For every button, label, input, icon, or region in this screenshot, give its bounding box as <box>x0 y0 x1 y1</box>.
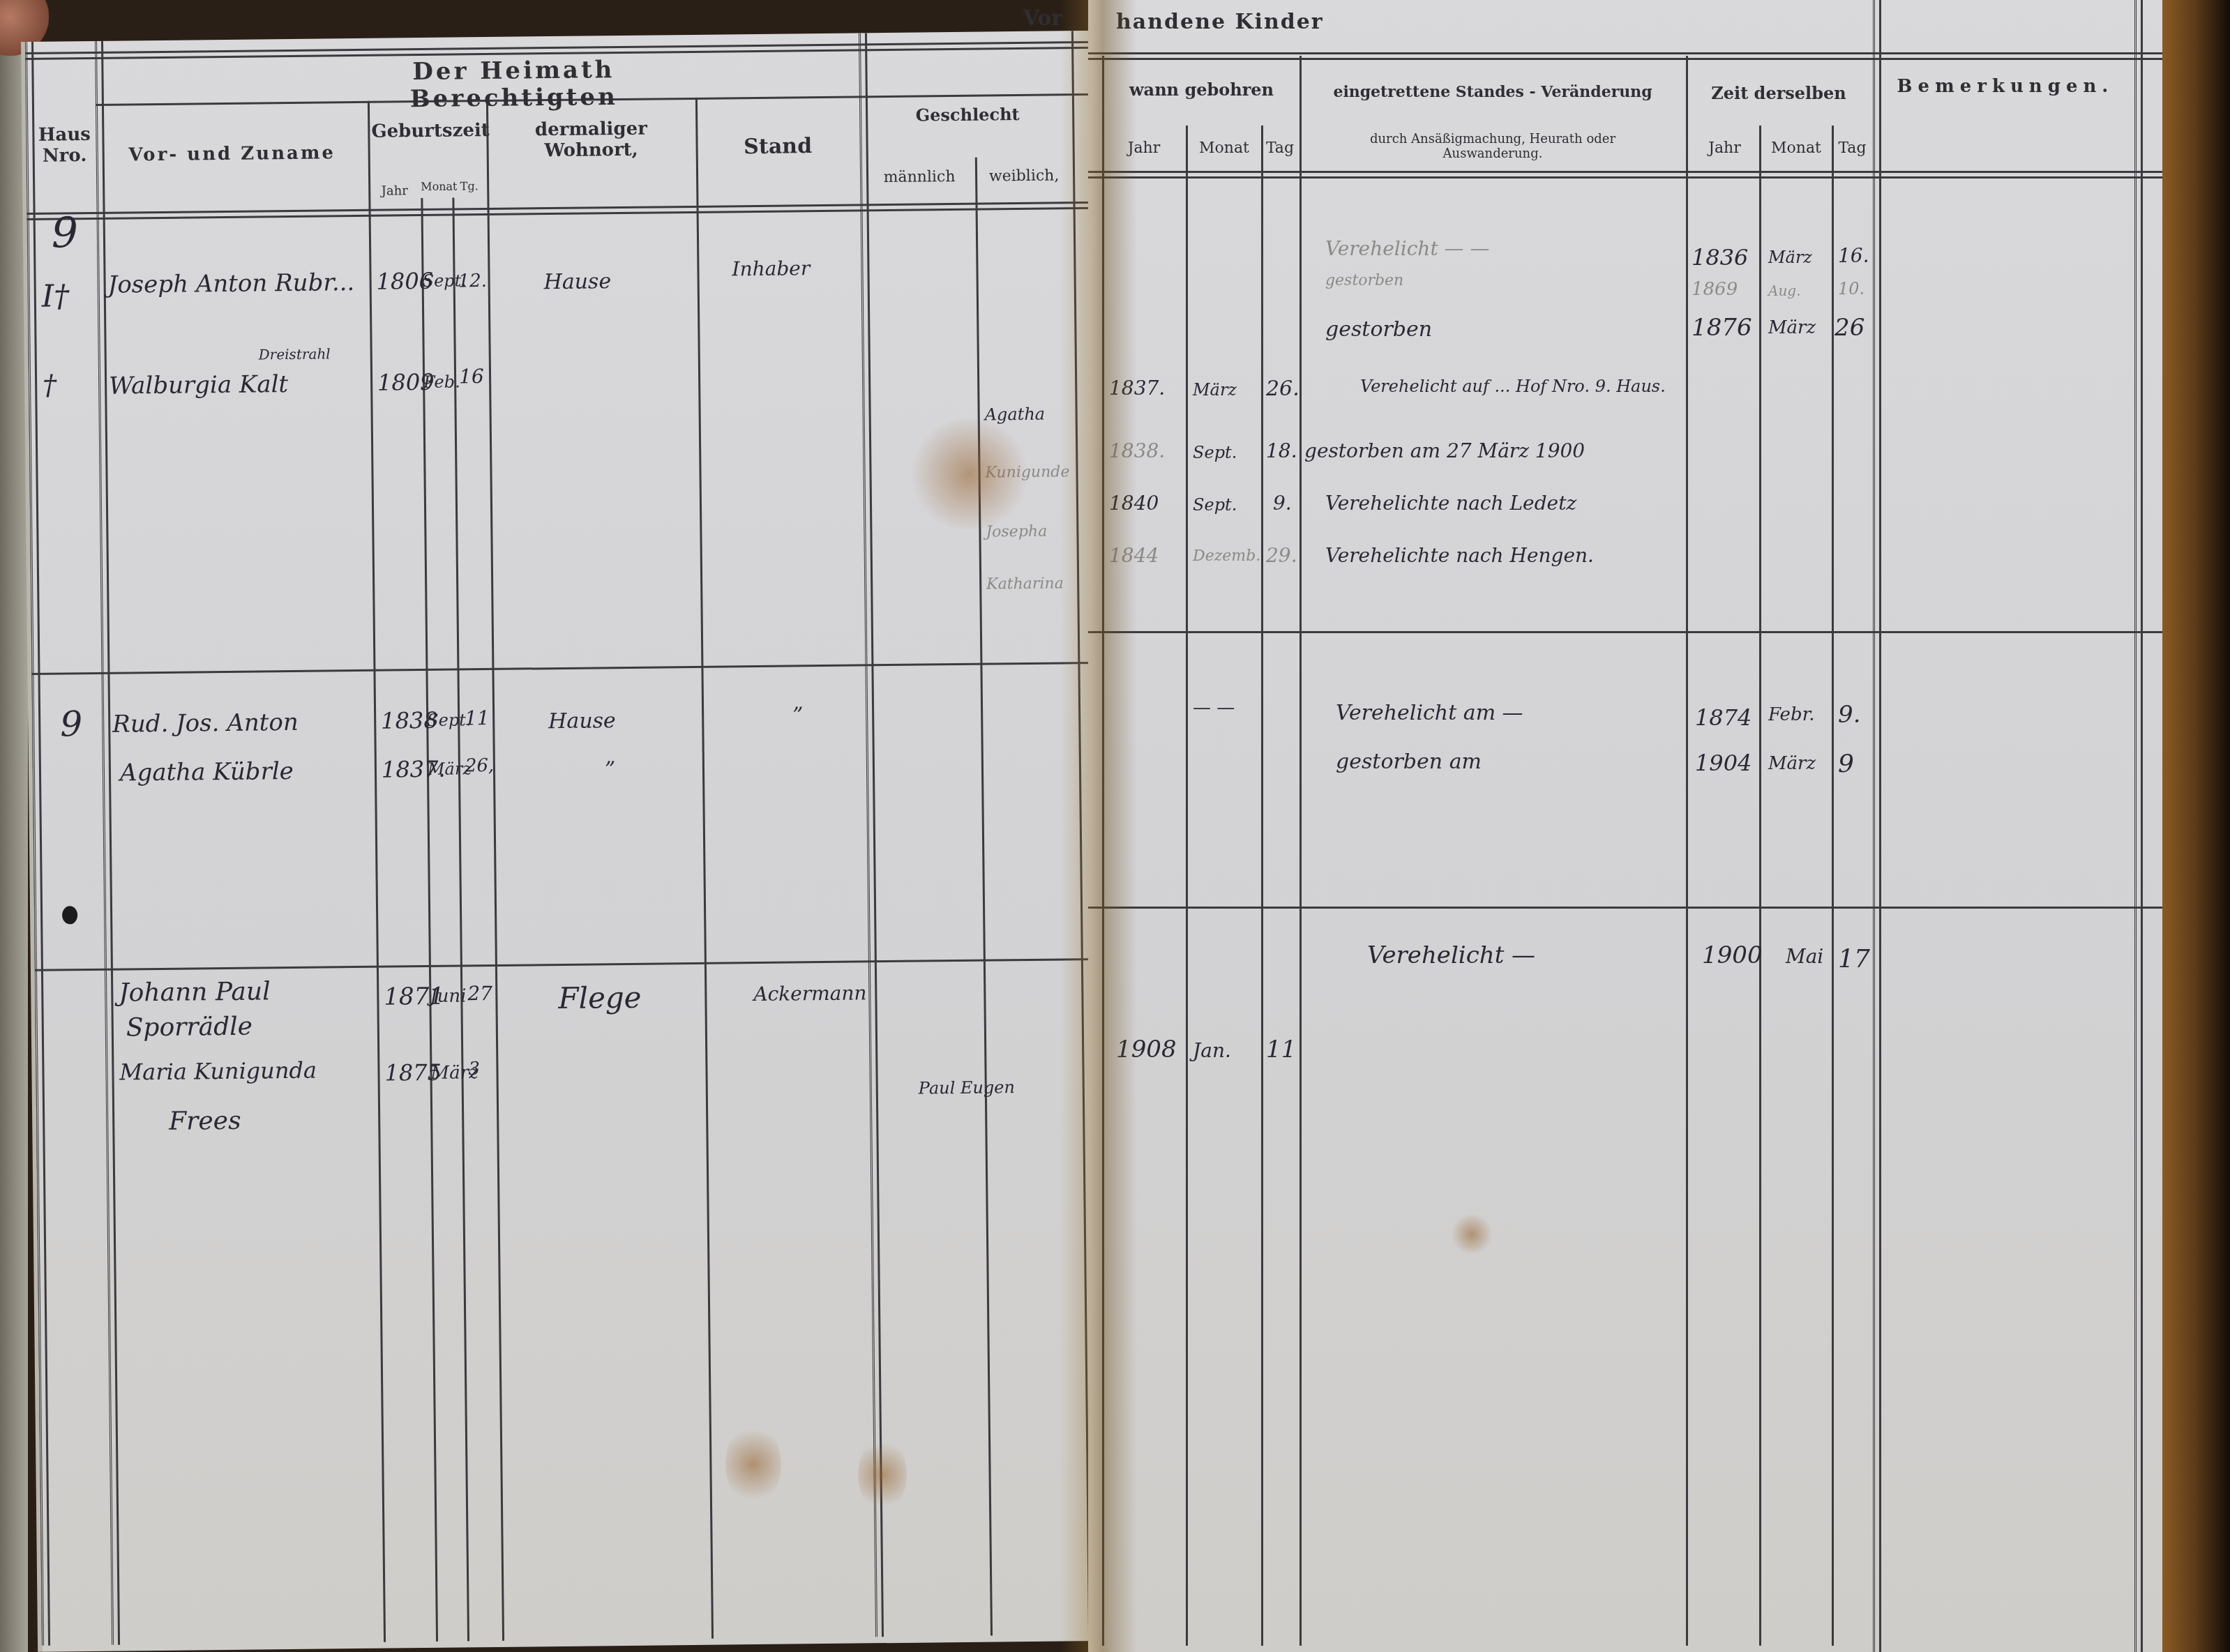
change-day-5: 17 <box>1838 945 1870 973</box>
residence-1: Hause <box>543 269 611 294</box>
name-correction-2: Dreistrahl <box>259 345 331 363</box>
col-line-stand <box>859 33 884 1637</box>
child-name-1: Agatha <box>985 404 1046 425</box>
col-line-year <box>421 198 438 1642</box>
header-heimath-berechtigten: Der Heimath Berechtigten <box>304 55 723 114</box>
child-day-1: 26. <box>1266 377 1299 401</box>
change-faint-day-2: 10. <box>1838 279 1864 298</box>
change-faint-2: gestorben <box>1325 272 1403 289</box>
child-month-1: März <box>1193 380 1237 400</box>
change-day-3: 9. <box>1838 701 1860 729</box>
entry-divider-2-right <box>1088 907 2162 909</box>
change-year-5: 1900 <box>1702 941 1763 969</box>
header-residence: dermaliger Wohnort, <box>493 119 689 162</box>
book-cover-edge <box>2162 0 2230 1652</box>
child-name-3: Josepha <box>986 523 1047 541</box>
birth-day-6: 3 <box>468 1059 480 1079</box>
entry-divider-1-right <box>1088 631 2162 633</box>
child-day-4: 29. <box>1266 544 1297 567</box>
header-change-sub: durch Ansäßigmachung, Heurath oder Auswa… <box>1318 132 1667 161</box>
stain <box>858 1437 907 1513</box>
change-day-4: 9 <box>1838 750 1854 778</box>
change-day-1: 16. <box>1838 244 1869 267</box>
change-2: gestorben <box>1325 317 1432 342</box>
col-line-born-year <box>1186 126 1188 1646</box>
header-change: eingetrettene Standes - Veränderung <box>1304 84 1681 101</box>
birth-day-4: 26, <box>465 755 495 776</box>
child-month-4: Dezemb. <box>1193 547 1260 565</box>
residence-4: ” <box>605 757 616 782</box>
stand-5: Ackermann <box>753 981 866 1006</box>
col-line-birth <box>486 100 504 1641</box>
change-faint-month-2: Aug. <box>1768 282 1800 299</box>
header-birth-year: Jahr <box>372 184 417 199</box>
header-bottom-rule <box>27 202 1105 220</box>
residence-5: Flege <box>558 980 642 1015</box>
col-line-time-year <box>1759 126 1761 1646</box>
child-month-2: Sept. <box>1193 443 1237 462</box>
header-haus: Haus Nro. <box>33 125 96 167</box>
header-name: Vor- und Zuname <box>103 143 361 167</box>
child-day-5: 11 <box>1266 1036 1296 1063</box>
header-remarks: Bemerkungen. <box>1880 77 2131 98</box>
child-change-3: Verehelichte nach Ledetz <box>1325 492 1576 515</box>
change-month-3: Febr. <box>1768 704 1815 725</box>
col-line-right-edge <box>2134 0 2143 1652</box>
change-faint-year-2: 1869 <box>1692 279 1738 300</box>
col-line-name <box>368 101 386 1642</box>
child-change-2: gestorben am 27 März 1900 <box>1304 439 1585 462</box>
birth-day-5: 27 <box>467 982 492 1005</box>
residence-3: Hause <box>548 708 616 734</box>
ink-blot <box>62 906 77 924</box>
header-handene-kinder: handene Kinder <box>1116 10 1325 35</box>
header-birth: Geburtszeit <box>371 121 483 143</box>
change-month-2: März <box>1768 317 1816 338</box>
col-line-month <box>452 198 469 1642</box>
birth-month-5: Juni <box>430 985 467 1007</box>
stain <box>1451 1213 1493 1255</box>
child-change-1: Verehelicht auf ... Hof Nro. 9. Haus. <box>1360 377 1666 396</box>
header-time-year: Jahr <box>1692 139 1758 157</box>
name-5-line2: Sporrädle <box>126 1013 253 1043</box>
child-dash-3: — — <box>1193 697 1235 718</box>
house-mark-2: † <box>43 369 56 401</box>
birth-day-3: 11 <box>465 706 490 729</box>
change-month-5: Mai <box>1786 945 1823 968</box>
header-bottom-rule-right <box>1088 171 2162 179</box>
header-time-month: Monat <box>1761 139 1831 157</box>
child-month-3: Sept. <box>1193 495 1237 515</box>
col-line-change <box>1686 56 1688 1646</box>
change-3: Verehelicht am — <box>1336 701 1523 725</box>
header-female: weiblich, <box>979 167 1069 185</box>
stand-1: Inhaber <box>732 257 810 280</box>
birth-day-1: 12. <box>458 271 487 291</box>
birth-month-2: Feb. <box>423 372 460 392</box>
header-stand: Stand <box>699 134 856 160</box>
col-line-born-month <box>1261 126 1263 1646</box>
right-page: Vor handene Kinder wann gebohren Jahr Mo… <box>1088 0 2166 1652</box>
child-month-5: Jan. <box>1193 1039 1231 1062</box>
house-mark-3: 9 <box>60 704 82 744</box>
header-birth-month: Monat <box>421 181 452 194</box>
change-year-1: 1836 <box>1692 244 1748 271</box>
header-born-day: Tag <box>1263 139 1297 157</box>
col-line-sex <box>975 158 993 1636</box>
col-line-remarks <box>1873 0 1881 1652</box>
name-2: Walburgia Kalt <box>109 370 288 400</box>
child-name-4: Katharina <box>986 575 1064 593</box>
house-mark-1: I† <box>42 278 70 314</box>
name-3: Rud. Jos. Anton <box>112 708 299 738</box>
header-sex: Geschlecht <box>866 104 1069 126</box>
stand-3: ” <box>792 703 804 727</box>
birth-day-2: 16 <box>459 365 484 388</box>
header-time-day: Tag <box>1833 139 1871 157</box>
change-year-3: 1874 <box>1695 704 1751 731</box>
book-gutter <box>1060 0 1137 1652</box>
entry-divider-1 <box>31 662 1109 675</box>
child-change-4: Verehelichte nach Hengen. <box>1325 544 1594 567</box>
change-day-2: 26 <box>1835 314 1864 342</box>
name-1: Joseph Anton Rubr... <box>107 268 354 299</box>
name-5-line1: Johann Paul <box>119 977 271 1007</box>
house-number: 9 <box>52 209 79 257</box>
header-born-month: Monat <box>1189 139 1259 157</box>
change-month-1: März <box>1768 248 1812 267</box>
header-birth-day: Tg. <box>453 180 485 193</box>
stain <box>907 418 1032 530</box>
col-line-residence <box>695 98 714 1639</box>
change-1: Verehelicht — — <box>1325 237 1489 260</box>
top-rule-right <box>1088 52 2162 60</box>
header-male: männlich <box>867 168 972 187</box>
change-month-4: März <box>1768 753 1816 774</box>
name-6-line2: Frees <box>169 1107 241 1136</box>
child-day-2: 18. <box>1266 439 1297 462</box>
name-4: Agatha Kübrle <box>120 757 294 787</box>
change-4: gestorben am <box>1336 750 1482 774</box>
entry-divider-2 <box>35 958 1113 971</box>
child-name-5: Paul Eugen <box>919 1077 1015 1098</box>
change-year-2: 1876 <box>1692 314 1752 342</box>
stain <box>725 1423 781 1506</box>
header-time: Zeit derselben <box>1688 84 1869 103</box>
change-5: Verehelicht — <box>1367 941 1535 969</box>
name-6-line1: Maria Kunigunda <box>119 1057 317 1086</box>
col-line-time-month <box>1832 126 1834 1646</box>
col-line-born-right <box>1299 56 1302 1646</box>
child-day-3: 9. <box>1273 492 1292 515</box>
change-year-4: 1904 <box>1695 750 1751 776</box>
left-page: Haus Nro. Der Heimath Berechtigten Vor- … <box>21 31 1120 1652</box>
